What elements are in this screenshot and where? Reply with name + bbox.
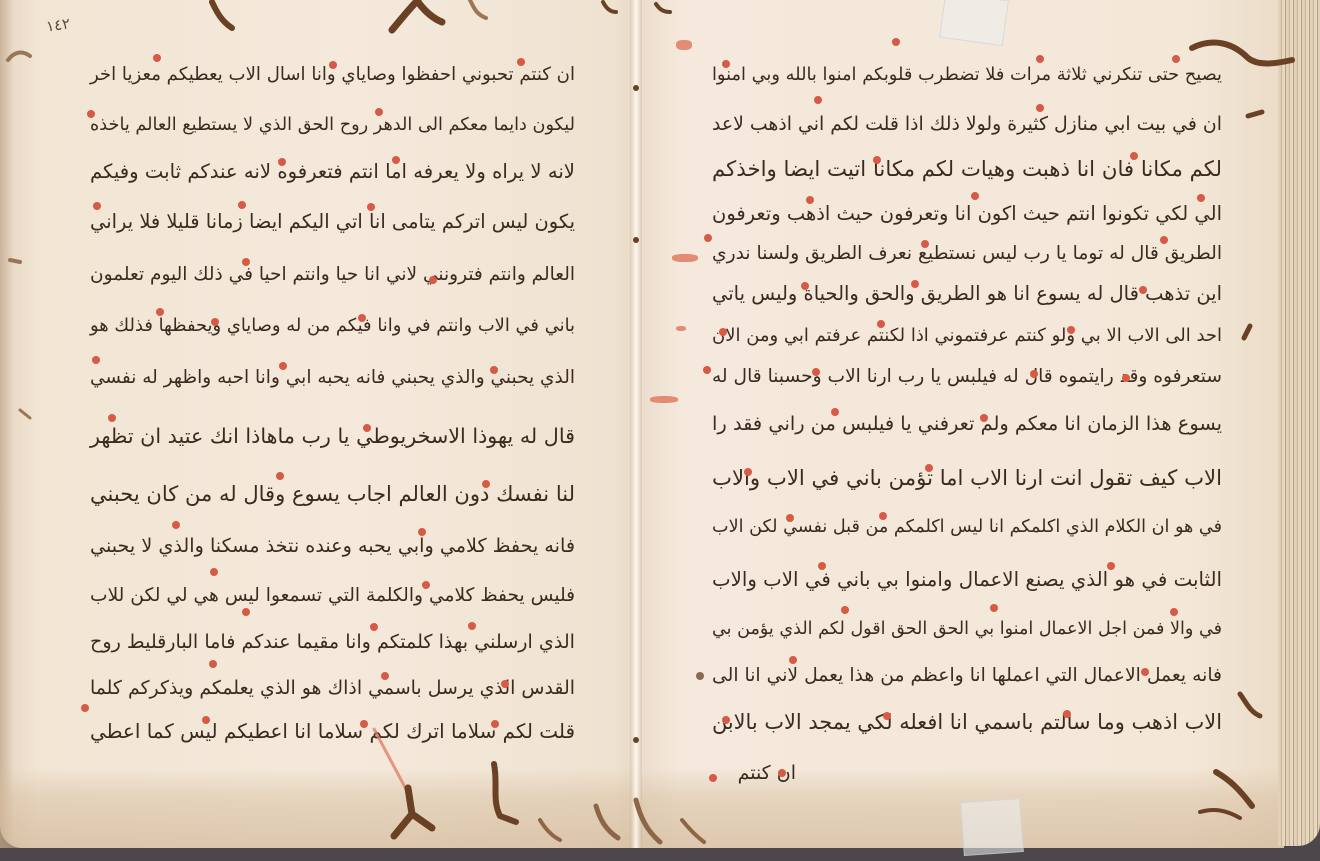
rubric-dot [1122, 374, 1130, 382]
page-edge-shadow [0, 0, 14, 848]
text-line: اين تذهب قال له يسوع انا هو الطريق والحق… [712, 274, 1222, 314]
rubric-dot [1130, 152, 1138, 160]
line-text: الي لكي تكونوا انتم حيث اكون انا وتعرفون… [712, 194, 1222, 234]
line-text: يكون ليس اتركم يتامى انا اتي اليكم ايضا … [90, 202, 575, 242]
rubric-dot [156, 308, 164, 316]
line-text: الاب اذهب وما سالتم باسمي انا افعله لكي … [712, 702, 1222, 742]
text-line: ليكون دايما معكم الى الدهر روح الحق الذي… [90, 105, 575, 145]
tape-piece [960, 798, 1024, 856]
rubric-dot [210, 568, 218, 576]
line-text: لكم مكانا فان انا ذهبت وهيات لكم مكانا ا… [712, 150, 1222, 190]
rubric-dot [801, 282, 809, 290]
rubric-dot [278, 158, 286, 166]
rubric-dot [1160, 236, 1168, 244]
text-line: قال له يهوذا الاسخريوطي يا رب ماهاذا انك… [90, 416, 575, 456]
rubric-dot [722, 60, 730, 68]
text-line: الاب اذهب وما سالتم باسمي انا افعله لكي … [712, 702, 1222, 742]
rubric-dot [831, 408, 839, 416]
text-line: الي لكي تكونوا انتم حيث اكون انا وتعرفون… [712, 194, 1222, 234]
rubric-dot [209, 660, 217, 668]
text-line: لانه لا يراه ولا يعرفه اما انتم فتعرفوه … [90, 152, 575, 192]
rubric-dot [491, 720, 499, 728]
text-line: في هو ان الكلام الذي اكلمكم انا ليس اكلم… [712, 507, 1222, 547]
book-gutter [630, 0, 642, 848]
rubric-dot [501, 680, 509, 688]
rubric-dot [812, 368, 820, 376]
manuscript-spread-photo: ١٤٢ ان كنتم تحبوني احفظوا وصاياي وانا اس… [0, 0, 1320, 861]
line-text: احد الى الاب الا بي ولو كنتم عرفتموني اذ… [712, 316, 1222, 356]
line-text: العالم وانتم فترونني لاني انا حيا وانتم … [90, 255, 575, 295]
rubric-dot [921, 240, 929, 248]
text-line: الاب كيف تقول انت ارنا الاب اما تؤمن بان… [712, 458, 1222, 498]
line-text: في والا فمن اجل الاعمال امنوا بي الحق ال… [712, 609, 1222, 649]
text-line: لنا نفسك دون العالم اجاب يسوع وقال له من… [90, 474, 575, 514]
line-text: قلت لكم سلاما اترك لكم سلاما انا اعطيكم … [90, 712, 575, 752]
rubric-dot [242, 608, 250, 616]
line-text: لانه لا يراه ولا يعرفه اما انتم فتعرفوه … [90, 152, 575, 192]
rubric-dot [92, 356, 100, 364]
rubric-dot [1063, 710, 1071, 718]
line-text: يسوع هذا الزمان انا معكم ولم تعرفني يا ف… [712, 404, 1222, 444]
text-line: احد الى الاب الا بي ولو كنتم عرفتموني اذ… [712, 316, 1222, 356]
line-text: ان في بيت ابي منازل كثيرة ولولا ذلك اذا … [712, 104, 1222, 144]
rubric-dot [925, 464, 933, 472]
rubric-dot [490, 366, 498, 374]
rubric-dot [877, 320, 885, 328]
rubric-dot [1036, 55, 1044, 63]
rubric-dot [879, 512, 887, 520]
folio-number: ١٤٢ [45, 14, 71, 35]
text-line: الطريق قال له توما يا رب ليس نستطيع نعرف… [712, 234, 1222, 274]
rubric-dot [990, 604, 998, 612]
text-line: في والا فمن اجل الاعمال امنوا بي الحق ال… [712, 609, 1222, 649]
rubric-dot [87, 110, 95, 118]
rubric-dot [806, 196, 814, 204]
rubric-dot [360, 720, 368, 728]
rubric-dot [841, 606, 849, 614]
text-line: فليس يحفظ كلامي والكلمة التي تسمعوا ليس … [90, 576, 575, 616]
rubric-dot [418, 528, 426, 536]
line-text: القدس الذي يرسل باسمي اذاك هو الذي يعلمك… [90, 668, 575, 708]
rubric-dot [468, 622, 476, 630]
text-line: يسوع هذا الزمان انا معكم ولم تعرفني يا ف… [712, 404, 1222, 444]
red-ink-splash [676, 40, 692, 50]
line-text: لنا نفسك دون العالم اجاب يسوع وقال له من… [90, 474, 575, 514]
rubric-dot [971, 192, 979, 200]
line-text: الاب كيف تقول انت ارنا الاب اما تؤمن بان… [712, 458, 1222, 498]
rubric-dot [786, 514, 794, 522]
line-text: الذي ارسلني بهذا كلمتكم وانا مقيما عندكم… [90, 622, 575, 662]
rubric-dot [381, 672, 389, 680]
rubric-dot [892, 38, 900, 46]
red-ink-splash [676, 326, 686, 331]
right-page: يصيح حتى تنكرني ثلاثة مرات فلا تضطرب قلو… [636, 0, 1284, 848]
rubric-dot [1141, 668, 1149, 676]
text-line: ستعرفوه وقد رايتموه قال له فيلبس يا رب ا… [712, 357, 1222, 397]
rubric-dot [422, 581, 430, 589]
line-text: قال له يهوذا الاسخريوطي يا رب ماهاذا انك… [90, 416, 575, 456]
rubric-dot [358, 314, 366, 322]
line-text: الطريق قال له توما يا رب ليس نستطيع نعرف… [712, 234, 1222, 274]
text-line: قلت لكم سلاما اترك لكم سلاما انا اعطيكم … [90, 712, 575, 752]
rubric-dot [329, 61, 337, 69]
rubric-dot [370, 623, 378, 631]
rubric-dot [153, 54, 161, 62]
line-text: ستعرفوه وقد رايتموه قال له فيلبس يا رب ا… [712, 357, 1222, 397]
rubric-dot [1170, 608, 1178, 616]
rubric-dot [93, 202, 101, 210]
rubric-dot [211, 318, 219, 326]
text-line: فانه يحفظ كلامي وابي يحبه وعنده نتخذ مسك… [90, 526, 575, 566]
rubric-dot [1139, 286, 1147, 294]
text-line: فانه يعمل الاعمال التي اعملها انا واعظم … [712, 656, 1222, 696]
rubric-dot [279, 362, 287, 370]
rubric-dot [108, 414, 116, 422]
rubric-dot [704, 234, 712, 242]
rubric-dot [719, 328, 727, 336]
text-line: يصيح حتى تنكرني ثلاثة مرات فلا تضطرب قلو… [712, 55, 1222, 95]
text-line: الذي ارسلني بهذا كلمتكم وانا مقيما عندكم… [90, 622, 575, 662]
rubric-dot [1172, 55, 1180, 63]
fore-edge-leaves [1278, 0, 1320, 846]
rubric-dot [814, 96, 822, 104]
rubric-dot [980, 414, 988, 422]
text-line: القدس الذي يرسل باسمي اذاك هو الذي يعلمك… [90, 668, 575, 708]
rubric-dot [883, 712, 891, 720]
rubric-dot [81, 704, 89, 712]
rubric-dot [392, 156, 400, 164]
rubric-dot [202, 716, 210, 724]
rubric-dot [172, 521, 180, 529]
rubric-dot [703, 366, 711, 374]
text-line: العالم وانتم فترونني لاني انا حيا وانتم … [90, 255, 575, 295]
text-line: يكون ليس اتركم يتامى انا اتي اليكم ايضا … [90, 202, 575, 242]
line-text: فانه يعمل الاعمال التي اعملها انا واعظم … [712, 656, 1222, 696]
rubric-dot [1107, 562, 1115, 570]
text-line: الذي يحبني والذي يحبني فانه يحبه ابي وان… [90, 358, 575, 398]
rubric-dot [276, 472, 284, 480]
rubric-dot [1067, 326, 1075, 334]
line-text: فانه يحفظ كلامي وابي يحبه وعنده نتخذ مسك… [90, 526, 575, 566]
line-text: يصيح حتى تنكرني ثلاثة مرات فلا تضطرب قلو… [712, 55, 1222, 95]
rubric-dot [238, 201, 246, 209]
rubric-dot [429, 276, 437, 284]
line-text: ليكون دايما معكم الى الدهر روح الحق الذي… [90, 105, 575, 145]
rubric-dot [363, 424, 371, 432]
rubric-dot [367, 203, 375, 211]
rubric-dot [873, 156, 881, 164]
red-ink-splash [650, 396, 678, 403]
line-text: في هو ان الكلام الذي اكلمكم انا ليس اكلم… [712, 507, 1222, 547]
text-line: ان في بيت ابي منازل كثيرة ولولا ذلك اذا … [712, 104, 1222, 144]
rubric-dot [482, 480, 490, 488]
line-text: فليس يحفظ كلامي والكلمة التي تسمعوا ليس … [90, 576, 575, 616]
line-text: اين تذهب قال له يسوع انا هو الطريق والحق… [712, 274, 1222, 314]
rubric-dot [911, 280, 919, 288]
text-line: الثابت في هو الذي يصنع الاعمال وامنوا بي… [712, 560, 1222, 600]
left-page: ١٤٢ ان كنتم تحبوني احفظوا وصاياي وانا اس… [0, 0, 640, 848]
red-ink-splash [672, 254, 698, 262]
rubric-dot [1036, 104, 1044, 112]
rubric-dot [1030, 370, 1038, 378]
line-text: الذي يحبني والذي يحبني فانه يحبه ابي وان… [90, 358, 575, 398]
rubric-dot [744, 468, 752, 476]
line-text: الثابت في هو الذي يصنع الاعمال وامنوا بي… [712, 560, 1222, 600]
rubric-dot [722, 716, 730, 724]
rubric-dot [789, 656, 797, 664]
rubric-dot [778, 769, 786, 777]
text-line: لكم مكانا فان انا ذهبت وهيات لكم مكانا ا… [712, 150, 1222, 190]
rubric-dot [375, 108, 383, 116]
rubric-dot [709, 774, 717, 782]
rubric-dot [517, 58, 525, 66]
rubric-dot [1197, 194, 1205, 202]
water-stain [0, 768, 640, 848]
rubric-dot [242, 258, 250, 266]
rubric-dot [818, 562, 826, 570]
